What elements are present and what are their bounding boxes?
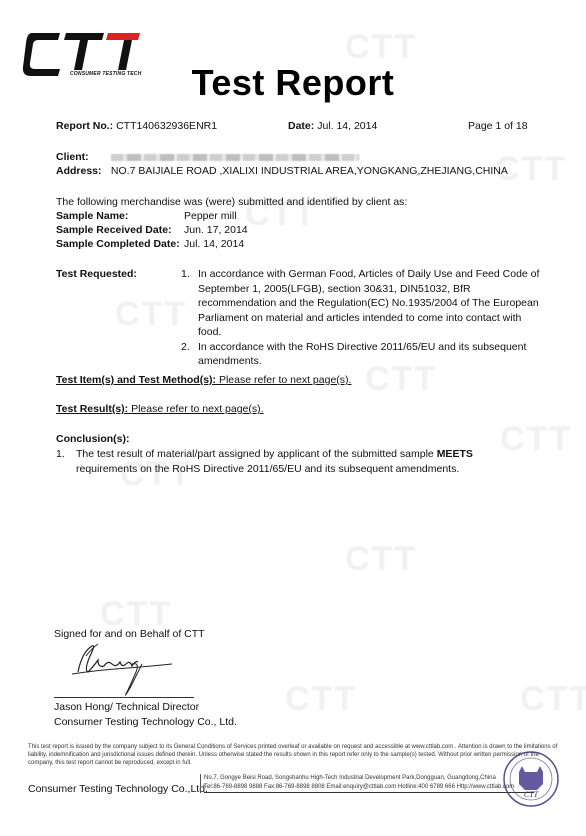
watermark: CTT: [115, 295, 187, 334]
footer-address-block: No.7, Gongye Beisi Road, Songshanhu High…: [200, 774, 534, 793]
signature-line: [54, 697, 194, 698]
sample-field: Sample Name:Pepper mill: [56, 209, 237, 224]
sample-field: Sample Received Date:Jun. 17, 2014: [56, 223, 248, 238]
test-items-line: Test Item(s) and Test Method(s): Please …: [56, 373, 351, 388]
sample-completed-value: Jul. 14, 2014: [184, 238, 244, 250]
footer-company: Consumer Testing Technology Co.,Ltd.: [28, 783, 208, 795]
page-indicator: Page 1 of 18: [468, 120, 528, 132]
sample-field: Sample Completed Date:Jul. 14, 2014: [56, 237, 244, 252]
signature-image: [68, 642, 178, 698]
list-item: 1.In accordance with German Food, Articl…: [181, 267, 541, 340]
report-number: Report No.: CTT140632936ENR1: [56, 120, 217, 132]
footer-address: No.7, Gongye Beisi Road, Songshanhu High…: [204, 774, 534, 783]
address-label: Address:: [56, 164, 108, 179]
footer-disclaimer: This test report is issued by the compan…: [28, 743, 558, 767]
page-title: Test Report: [0, 62, 586, 104]
signed-for: Signed for and on Behalf of CTT: [54, 627, 205, 642]
conclusion-label: Conclusion(s):: [56, 432, 130, 447]
sample-intro: The following merchandise was (were) sub…: [56, 195, 407, 210]
sample-completed-label: Sample Completed Date:: [56, 237, 184, 252]
client-value-redacted: [111, 154, 359, 161]
client-label: Client:: [56, 150, 108, 165]
test-results-line: Test Result(s): Please refer to next pag…: [56, 402, 264, 417]
watermark: CTT: [520, 680, 586, 719]
conclusion-list: 1.The test result of material/part assig…: [56, 447, 536, 476]
footer-contact: Tel:86-769-8898 9888 Fax:86-769-8898 880…: [204, 783, 534, 793]
sample-received-label: Sample Received Date:: [56, 223, 184, 238]
watermark: CTT: [285, 680, 357, 719]
svg-text:CTT: CTT: [524, 790, 539, 799]
list-item: 1.The test result of material/part assig…: [56, 447, 536, 476]
address-row: Address: NO.7 BAIJIALE ROAD ,XIALIXI IND…: [56, 164, 508, 179]
report-date: Date: Jul. 14, 2014: [288, 120, 377, 132]
company-stamp: CTT: [502, 750, 560, 808]
test-items-value: Please refer to next page(s).: [216, 374, 351, 386]
test-results-value: Please refer to next page(s).: [128, 403, 263, 415]
client-row: Client:: [56, 150, 359, 165]
watermark: CTT: [345, 540, 417, 579]
test-requested-label: Test Requested:: [56, 267, 137, 282]
test-requested-list: 1.In accordance with German Food, Articl…: [181, 267, 541, 369]
test-items-label: Test Item(s) and Test Method(s):: [56, 374, 216, 386]
meets-badge: MEETS: [437, 448, 473, 460]
sample-received-value: Jun. 17, 2014: [184, 224, 248, 236]
list-item: 2.In accordance with the RoHS Directive …: [181, 340, 541, 369]
signer-name-title: Jason Hong/ Technical Director: [54, 700, 199, 715]
address-value: NO.7 BAIJIALE ROAD ,XIALIXI INDUSTRIAL A…: [111, 165, 508, 177]
sample-name-label: Sample Name:: [56, 209, 184, 224]
report-no-label: Report No.:: [56, 120, 113, 132]
report-no-value: CTT140632936ENR1: [116, 120, 217, 132]
sample-name-value: Pepper mill: [184, 210, 237, 222]
test-results-label: Test Result(s):: [56, 403, 128, 415]
signer-company: Consumer Testing Technology Co., Ltd.: [54, 715, 237, 730]
date-label: Date:: [288, 120, 314, 132]
date-value: Jul. 14, 2014: [317, 120, 377, 132]
